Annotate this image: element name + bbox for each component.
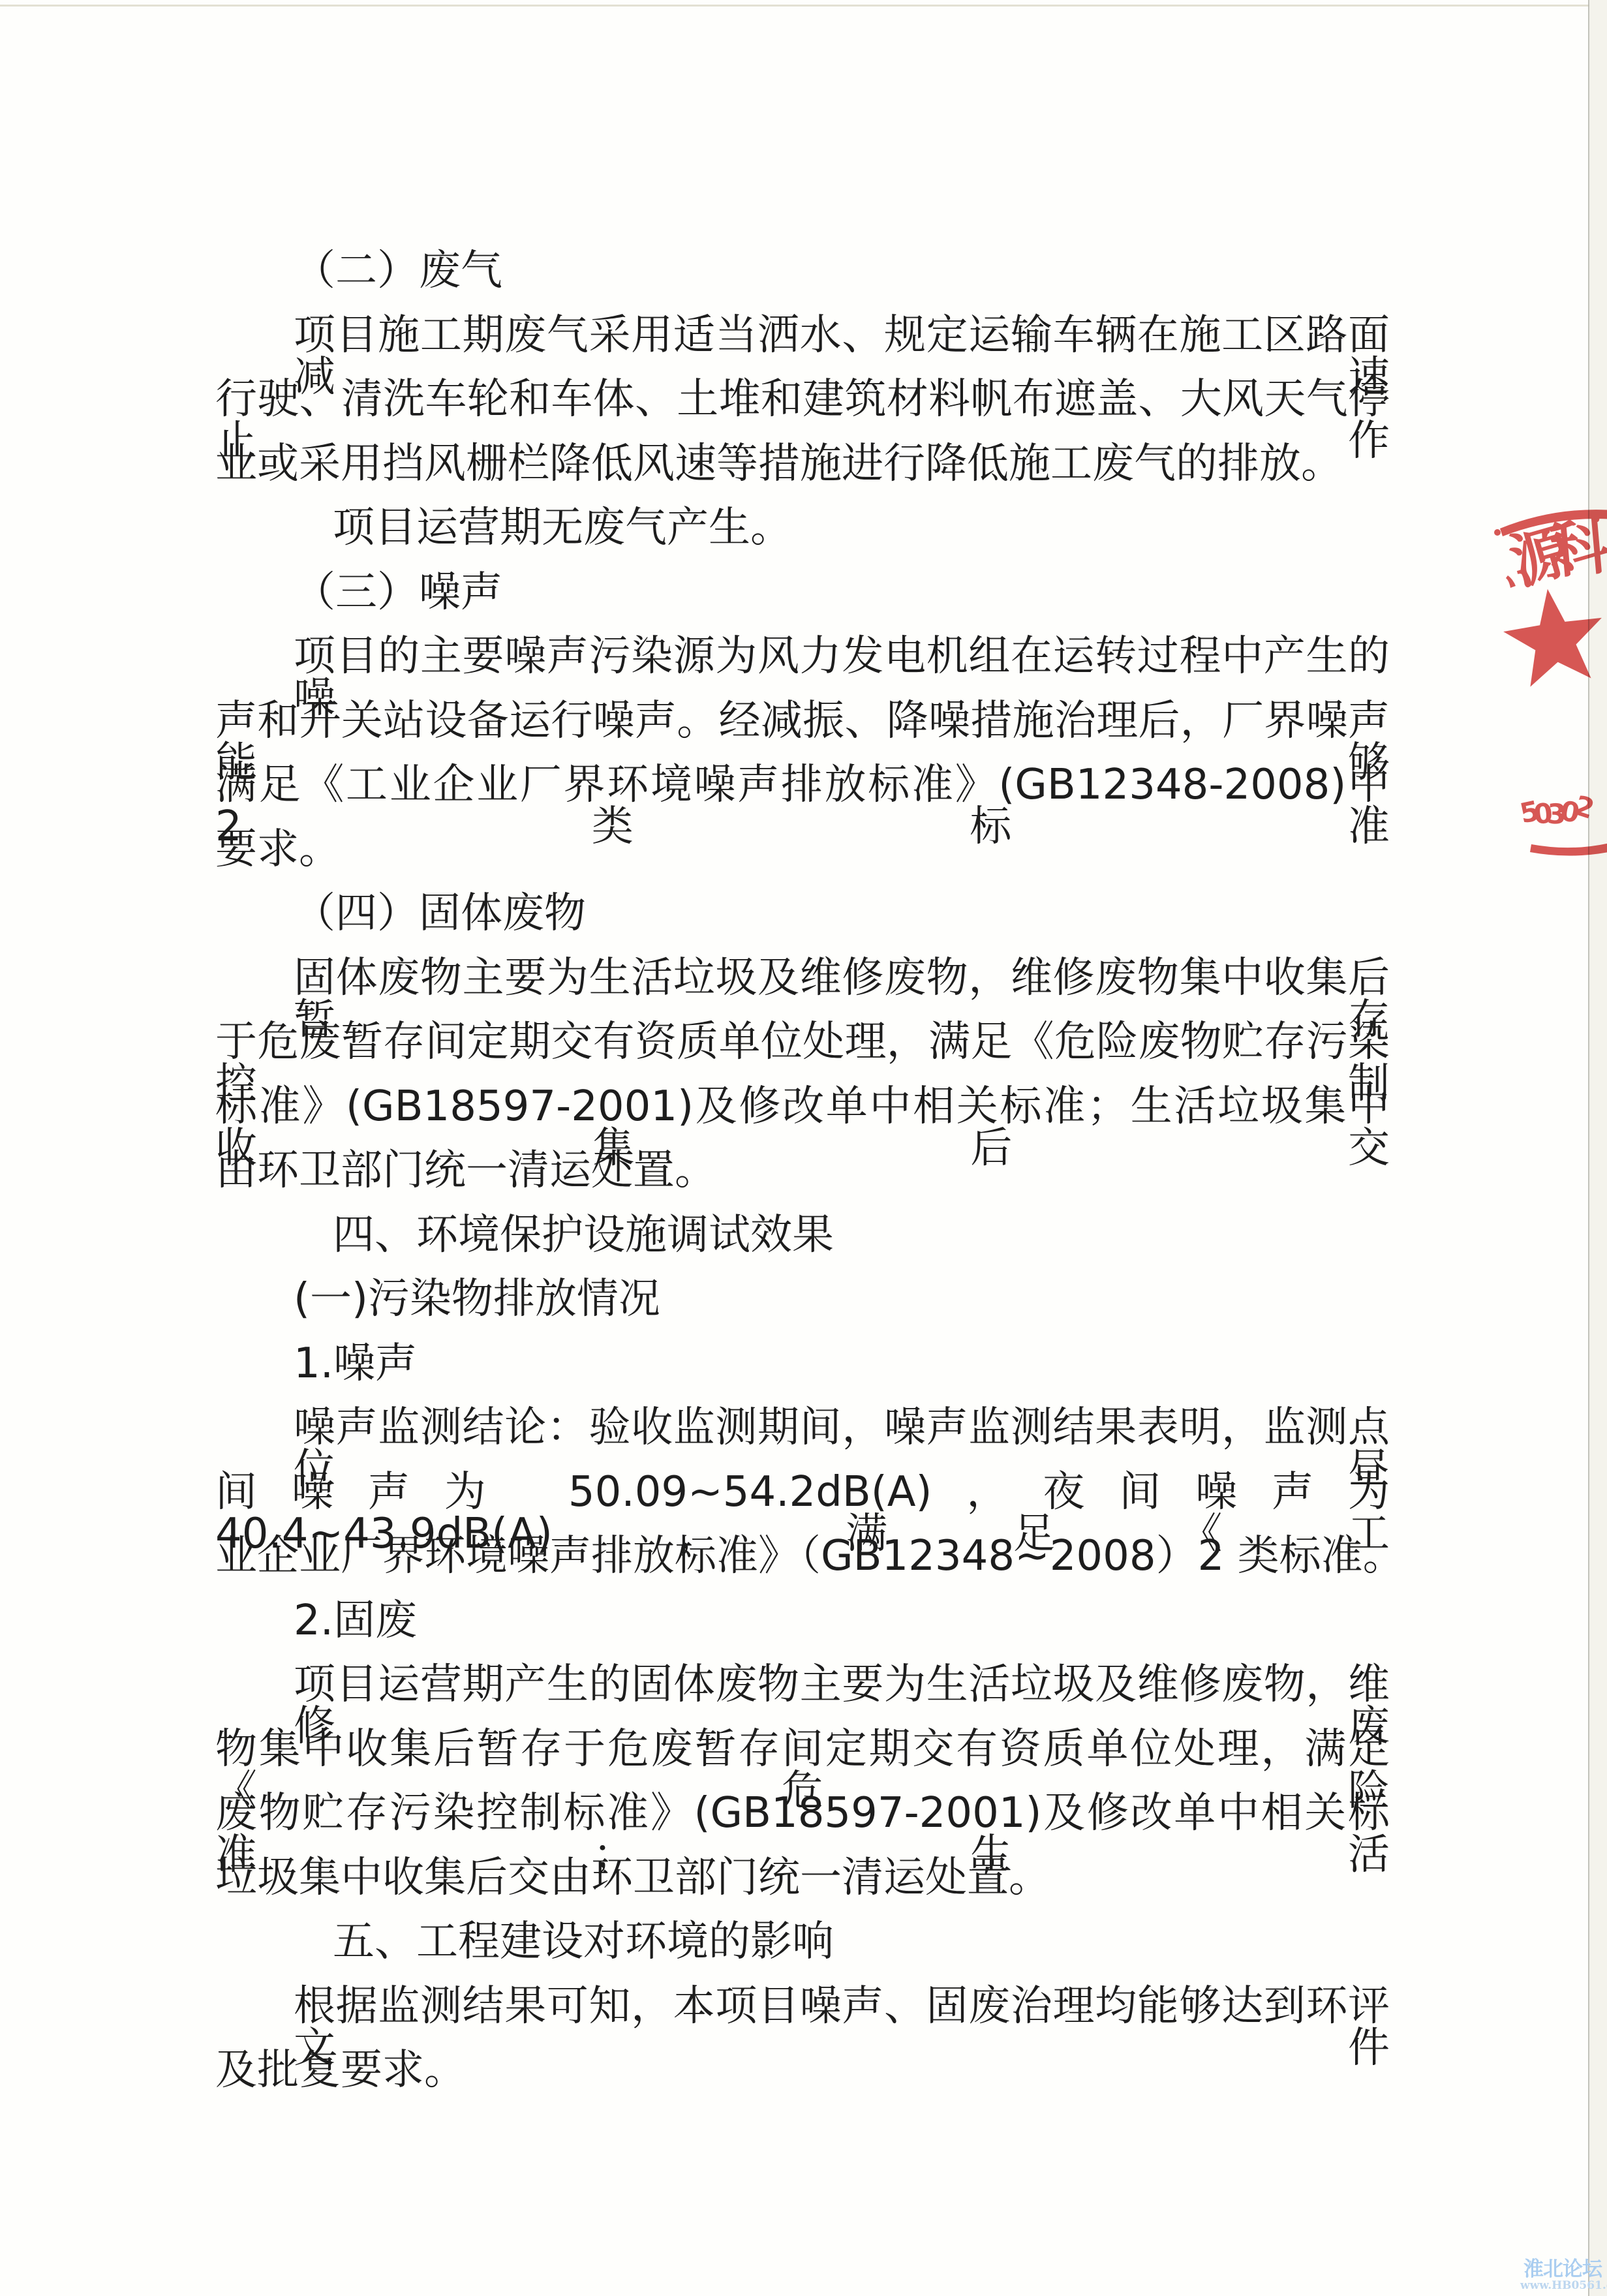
text-line: 及批复要求。 xyxy=(215,2049,466,2091)
seal-digit-5: 2 xyxy=(1570,789,1599,825)
text-line: （三）噪声 xyxy=(294,572,502,613)
watermark-logo: 淮北论坛 xyxy=(1520,2259,1605,2280)
seal-star-icon xyxy=(1503,589,1602,687)
text-line: 业或采用挡风栅栏降低风速等措施进行降低施工废气的排放。 xyxy=(215,443,1343,485)
text-line: 业企业厂界环境噪声排放标准》（GB12348~2008）2 类标准。 xyxy=(215,1535,1405,1577)
text-line: 项目运营期无废气产生。 xyxy=(333,507,792,549)
text-line: 要求。 xyxy=(215,829,341,870)
text-line: 垃圾集中收集后交由环卫部门统一清运处置。 xyxy=(215,1857,1050,1899)
document-body: （二）废气项目施工期废气采用适当洒水、规定运输车辆在施工区路面减速行驶、清洗车轮… xyxy=(0,0,1607,2296)
red-seal-stamp: 源 科 5 0 3 0 2 xyxy=(1477,502,1607,868)
text-line: 满足《工业企业厂界环境噪声排放标准》(GB12348-2008)中 2 类标准 xyxy=(215,764,1390,848)
watermark: 淮北论坛 www.HB0561.com xyxy=(1520,2259,1605,2291)
watermark-url: www.HB0561.com xyxy=(1520,2280,1605,2291)
seal-arc-dot xyxy=(1494,529,1501,536)
text-line: 四、环境保护设施调试效果 xyxy=(333,1214,834,1256)
seal-character-2: 科 xyxy=(1547,512,1607,587)
text-line: 2.固废 xyxy=(294,1600,417,1642)
seal-bottom-arc xyxy=(1530,842,1607,856)
text-line: 1.噪声 xyxy=(294,1343,417,1385)
text-line: （四）固体废物 xyxy=(294,893,586,934)
text-line: （二）废气 xyxy=(294,250,502,292)
text-line: 由环卫部门统一清运处置。 xyxy=(215,1150,716,1191)
seal-tick-mark xyxy=(1506,575,1516,588)
text-line: (一)污染物排放情况 xyxy=(294,1278,660,1320)
text-line: 五、工程建设对环境的影响 xyxy=(333,1921,834,1963)
red-seal-graphic: 源 科 5 0 3 0 2 xyxy=(1477,502,1607,868)
document-page: （二）废气项目施工期废气采用适当洒水、规定运输车辆在施工区路面减速行驶、清洗车轮… xyxy=(0,0,1607,2296)
